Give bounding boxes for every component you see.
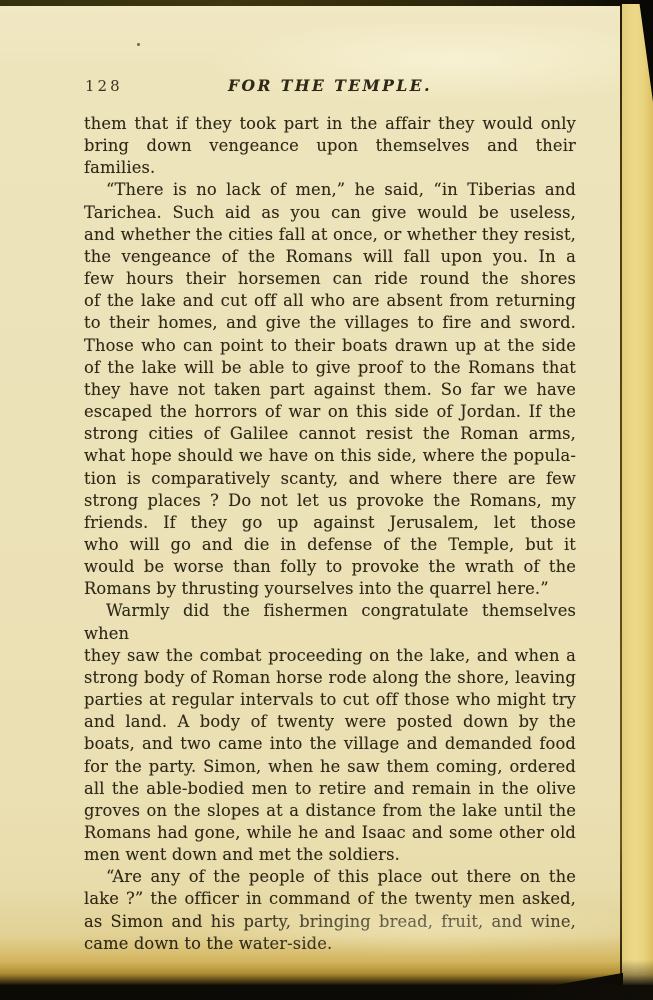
- scan-bottom-shadow: [0, 985, 653, 1000]
- text-line: of the lake and cut off all who are abse…: [84, 290, 576, 312]
- text-line: all the able-bodied men to retire and re…: [84, 778, 576, 800]
- text-line: what hope should we have on this side, w…: [84, 445, 576, 467]
- text-line: Warmly did the fishermen congratulate th…: [84, 600, 576, 644]
- text-line: and land. A body of twenty were posted d…: [84, 711, 576, 733]
- text-line: escaped the horrors of war on this side …: [84, 401, 576, 423]
- running-title: FOR THE TEMPLE.: [84, 76, 576, 95]
- text-line: they saw the combat proceeding on the la…: [84, 645, 576, 667]
- text-line: bring down vengeance upon themselves and…: [84, 135, 576, 179]
- page-number: 128: [85, 77, 123, 95]
- text-line: Tarichea. Such aid as you can give would…: [84, 202, 576, 224]
- text-line: and whether the cities fall at once, or …: [84, 224, 576, 246]
- text-line: they have not taken part against them. S…: [84, 379, 576, 401]
- text-line: Those who can point to their boats drawn…: [84, 335, 576, 357]
- text-line: “Are any of the people of this place out…: [84, 866, 576, 888]
- text-line: as Simon and his party, bringing bread, …: [84, 911, 576, 933]
- text-line: who will go and die in defense of the Te…: [84, 534, 576, 556]
- page-header: 128 FOR THE TEMPLE.: [84, 76, 576, 98]
- text-line: groves on the slopes at a distance from …: [84, 800, 576, 822]
- text-line: to their homes, and give the villages to…: [84, 312, 576, 334]
- text-line: Romans had gone, while he and Isaac and …: [84, 822, 576, 844]
- paragraph: Warmly did the fishermen congratulate th…: [84, 600, 576, 866]
- text-line: for the party. Simon, when he saw them c…: [84, 756, 576, 778]
- text-line: parties at regular intervals to cut off …: [84, 689, 576, 711]
- book-page: 128 FOR THE TEMPLE. them that if they to…: [0, 6, 621, 985]
- text-line: came down to the water-side.: [84, 933, 576, 955]
- text-line: strong body of Roman horse rode along th…: [84, 667, 576, 689]
- paragraph: them that if they took part in the affai…: [84, 113, 576, 179]
- text-line: would be worse than folly to provoke the…: [84, 556, 576, 578]
- text-line: few hours their horsemen can ride round …: [84, 268, 576, 290]
- paragraph: “Are any of the people of this place out…: [84, 866, 576, 955]
- book-page-scan: 128 FOR THE TEMPLE. them that if they to…: [0, 0, 653, 1000]
- text-line: strong cities of Galilee cannot resist t…: [84, 423, 576, 445]
- text-line: lake ?” the officer in command of the tw…: [84, 888, 576, 910]
- text-line: strong places ? Do not let us provoke th…: [84, 490, 576, 512]
- dust-speck: [137, 43, 140, 46]
- paragraph: “There is no lack of men,” he said, “in …: [84, 179, 576, 600]
- text-line: men went down and met the soldiers.: [84, 844, 576, 866]
- text-line: “There is no lack of men,” he said, “in …: [84, 179, 576, 201]
- text-line: Romans by thrusting yourselves into the …: [84, 578, 576, 600]
- fore-edge-pages: [622, 4, 653, 986]
- text-line: tion is comparatively scanty, and where …: [84, 468, 576, 490]
- text-line: them that if they took part in the affai…: [84, 113, 576, 135]
- text-line: boats, and two came into the village and…: [84, 733, 576, 755]
- text-line: of the lake will be able to give proof t…: [84, 357, 576, 379]
- text-line: the vengeance of the Romans will fall up…: [84, 246, 576, 268]
- text-block: them that if they took part in the affai…: [84, 113, 576, 955]
- text-line: friends. If they go up against Jerusalem…: [84, 512, 576, 534]
